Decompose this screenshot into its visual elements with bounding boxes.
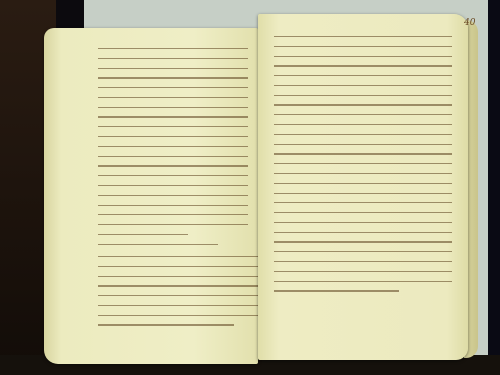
left-page [44, 28, 258, 364]
handwritten-text-right [274, 36, 452, 300]
open-book: 40 [44, 12, 482, 364]
page-number: 40 [464, 18, 475, 28]
handwritten-text-block-2 [98, 256, 258, 334]
right-page: 40 [258, 14, 468, 360]
dark-background-right [488, 0, 500, 375]
handwritten-text-block-1 [98, 48, 248, 253]
